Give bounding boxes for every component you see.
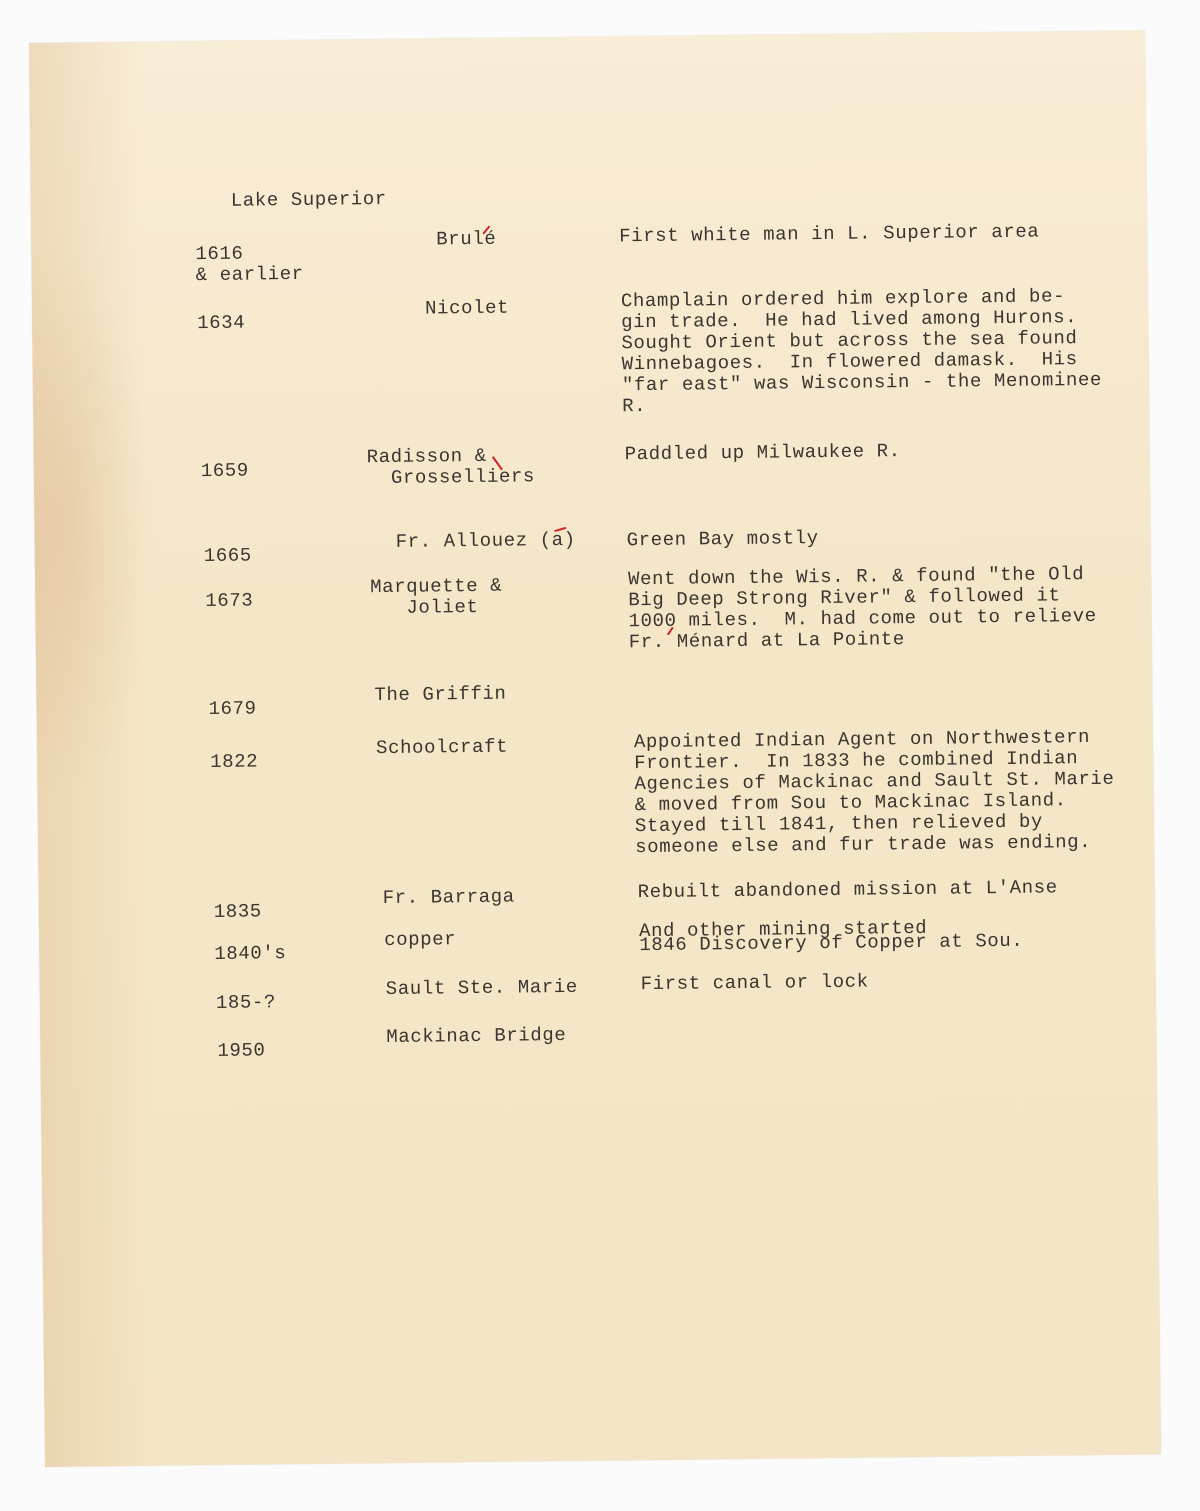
timeline-entry: 1634NicoletChamplain ordered him explore… [29, 30, 1145, 43]
timeline-entry: 1679The Griffin [29, 30, 1145, 43]
entry-note: First white man in L. Superior area [619, 222, 1039, 248]
entry-subject: Nicolet [425, 298, 509, 320]
timeline-entry: 1822SchoolcraftAppointed Indian Agent on… [29, 30, 1145, 43]
entry-year: 1659 [201, 461, 249, 483]
entry-subject: copper [384, 929, 456, 951]
entry-year: 1616 & earlier [195, 243, 304, 286]
entry-year: 1835 [214, 901, 262, 923]
entry-year: 1822 [210, 751, 258, 773]
entry-note: Champlain ordered him explore and be- gi… [621, 286, 1102, 417]
timeline-entry: 1616 & earlierBruléFirst white man in L.… [29, 30, 1145, 43]
timeline-entry: 1840'scopperAnd other mining started 184… [29, 30, 1145, 43]
entry-year: 1673 [205, 590, 253, 612]
timeline-entry: 1673Marquette & JolietWent down the Wis.… [29, 30, 1145, 43]
entry-subject: Sault Ste. Marie [386, 977, 578, 1000]
entry-year: 1665 [204, 546, 252, 568]
timeline-entry: 185-?Sault Ste. MarieFirst canal or lock [29, 30, 1145, 43]
entry-note: First canal or lock [641, 972, 869, 996]
entry-year: 1679 [208, 698, 256, 720]
entry-note: And other mining started 1846 Discovery … [639, 920, 1023, 952]
entry-year: 185-? [216, 992, 276, 1014]
entry-subject: The Griffin [374, 684, 506, 706]
timeline-entry: 1835Fr. BarragaRebuilt abandoned mission… [29, 30, 1145, 43]
entry-year: 1634 [197, 313, 245, 335]
timeline-entry: 1659Radisson & GrosselliersPaddled up Mi… [29, 30, 1145, 43]
entry-subject: Marquette & Joliet [370, 576, 502, 619]
entry-subject: Radisson & Grosselliers [367, 445, 535, 489]
entry-note: Paddled up Milwaukee R. [625, 441, 901, 465]
entry-subject: Fr. Barraga [383, 887, 515, 909]
entry-subject: Brulé [436, 229, 496, 251]
entry-note: Rebuilt abandoned mission at L'Anse [638, 877, 1058, 903]
typed-page: Lake Superior 1616 & earlierBruléFirst w… [29, 30, 1161, 1467]
timeline-entry: 1665Fr. Allouez (a)Green Bay mostly [29, 30, 1145, 43]
entry-note: Appointed Indian Agent on Northwestern F… [634, 727, 1115, 858]
timeline-entries: 1616 & earlierBruléFirst white man in L.… [29, 30, 1145, 43]
page-title: Lake Superior [231, 189, 387, 212]
entry-subject: Schoolcraft [376, 737, 508, 759]
paper-stain [31, 242, 157, 803]
entry-year: 1840's [214, 943, 286, 965]
entry-subject: Mackinac Bridge [386, 1025, 566, 1048]
entry-note: Went down the Wis. R. & found "the Old B… [628, 564, 1097, 653]
entry-year: 1950 [217, 1040, 265, 1062]
timeline-entry: 1950Mackinac Bridge [29, 30, 1145, 43]
entry-note: Green Bay mostly [627, 528, 819, 551]
entry-subject: Fr. Allouez (a) [396, 530, 576, 553]
